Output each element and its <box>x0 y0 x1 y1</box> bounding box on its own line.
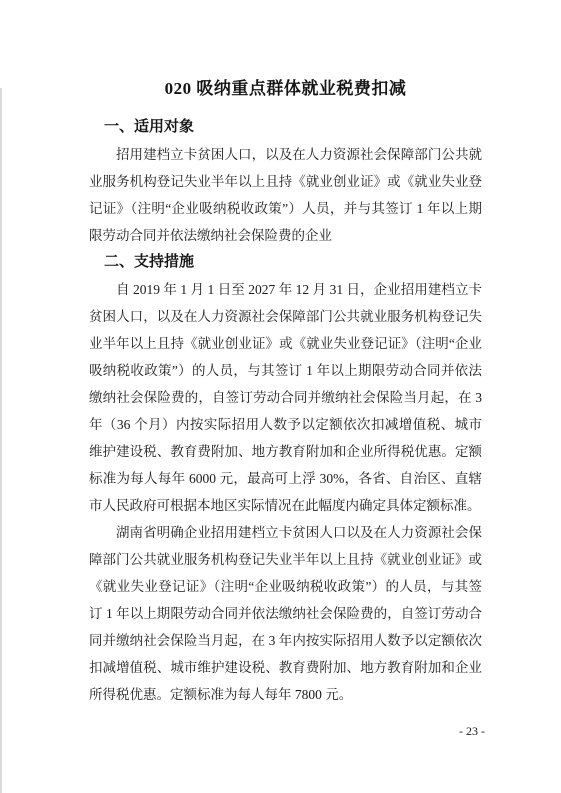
document-page: 020 吸纳重点群体就业税费扣减 一、适用对象 招用建档立卡贫困人口，以及在人力… <box>0 0 561 793</box>
paragraph-applicable-targets: 招用建档立卡贫困人口，以及在人力资源社会保障部门公共就业服务机构登记失业半年以上… <box>89 141 482 249</box>
page-title: 020 吸纳重点群体就业税费扣减 <box>89 78 482 100</box>
section-support-measures: 二、支持措施 自 2019 年 1 月 1 日至 2027 年 12 月 31 … <box>89 249 482 708</box>
paragraph-hunan-policy: 湖南省明确企业招用建档立卡贫困人口以及在人力资源社会保障部门公共就业服务机构登记… <box>89 519 482 708</box>
document-content: 020 吸纳重点群体就业税费扣减 一、适用对象 招用建档立卡贫困人口，以及在人力… <box>89 78 482 708</box>
section-heading-support-measures: 二、支持措施 <box>89 249 482 276</box>
scan-edge-artifact <box>0 88 2 793</box>
section-applicable-targets: 一、适用对象 招用建档立卡贫困人口，以及在人力资源社会保障部门公共就业服务机构登… <box>89 114 482 249</box>
paragraph-national-policy: 自 2019 年 1 月 1 日至 2027 年 12 月 31 日，企业招用建… <box>89 276 482 519</box>
page-number: - 23 - <box>459 724 485 738</box>
section-heading-applicable-targets: 一、适用对象 <box>89 114 482 141</box>
